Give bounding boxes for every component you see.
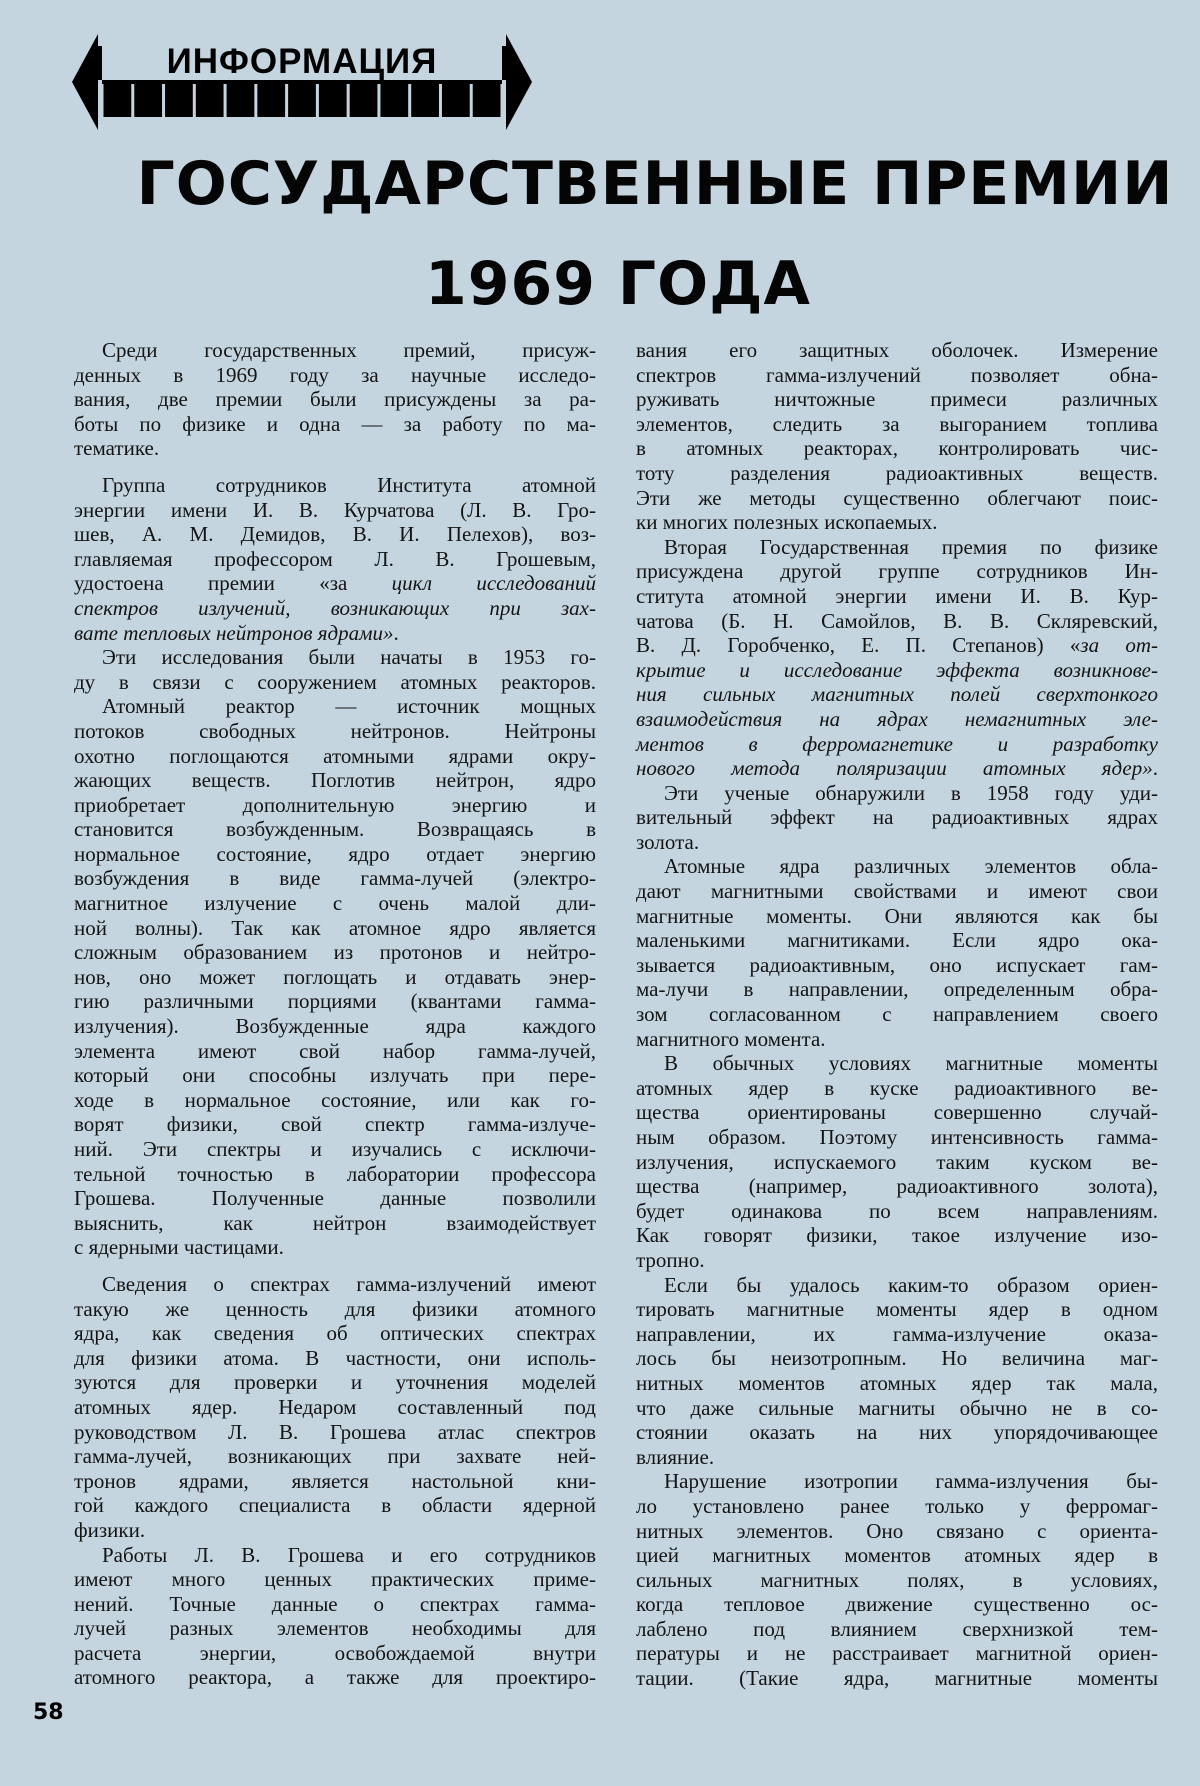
text-line: гию различными порциями (квантами гамма- (74, 989, 596, 1014)
text-line: нитных моментов атомных ядер так мала, (636, 1371, 1158, 1396)
italic-quote: за от- (1080, 633, 1158, 657)
text-line: гамма-лучей, возникающих при захвате ней… (74, 1444, 596, 1469)
text-line: крытие и исследование эффекта возникнове… (636, 658, 1158, 683)
article-column-right: вания его защитных оболочек. Измерениесп… (636, 338, 1158, 1691)
italic-quote: нового метода поляризации атомных ядер» (636, 756, 1153, 780)
text-line: спектров излучений, возникающих при зах- (74, 596, 596, 621)
text-line: сложным образованием из протонов и нейтр… (74, 940, 596, 965)
text-line: такую же ценность для физики атомного (74, 1297, 596, 1322)
text-line: нитных элементов. Оно связано с ориента- (636, 1519, 1158, 1544)
text-line: В обычных условиях магнитные моменты (636, 1051, 1158, 1076)
text-line: ний. Эти спектры и изучались с исключи- (74, 1137, 596, 1162)
text-line: зуются для проверки и уточнения моделей (74, 1370, 596, 1395)
text-line: Группа сотрудников Института атомной (74, 473, 596, 498)
paragraph-gap (74, 1260, 596, 1272)
paragraph: Вторая Государственная премия по физикеп… (636, 535, 1158, 781)
paragraph-gap (74, 461, 596, 473)
text-line: Атомный реактор — источник мощных (74, 694, 596, 719)
text-line: приобретает дополнительную энергию и (74, 793, 596, 818)
text-line: тоту разделения радиоактивных веществ. (636, 461, 1158, 486)
text-line: Нарушение изотропии гамма-излучения бы- (636, 1469, 1158, 1494)
text-line: когда тепловое движение существенно ос- (636, 1592, 1158, 1617)
paragraph: Эти ученые обнаружили в 1958 году уди-ви… (636, 781, 1158, 855)
text-line: Сведения о спектрах гамма-излучений имею… (74, 1272, 596, 1297)
text-line: тронов ядрами, является настольной кни- (74, 1469, 596, 1494)
text-line: ядра, как сведения об оптических спектра… (74, 1321, 596, 1346)
text-line: имеют много ценных практических приме- (74, 1567, 596, 1592)
text-line: удостоена премии «за цикл исследований (74, 571, 596, 596)
text-line: В. Д. Горобченко, Е. П. Степанов) «за от… (636, 633, 1158, 658)
text-line: цией магнитных моментов атомных ядер в (636, 1543, 1158, 1568)
text-line: взаимодействия на ядрах немагнитных эле- (636, 707, 1158, 732)
article-column-left: Среди государственных премий, присуж-ден… (74, 338, 596, 1690)
text-line: возбуждения в виде гамма-лучей (электро- (74, 866, 596, 891)
page-title-line-1: ГОСУДАРСТВЕННЫЕ ПРЕМИИ (55, 148, 1200, 220)
section-label: ИНФОРМАЦИЯ (124, 44, 480, 80)
text-line: лаблено под влиянием сверхнизкой тем- (636, 1617, 1158, 1642)
italic-quote: взаимодействия на ядрах немагнитных эле- (636, 707, 1158, 731)
text-line: тематике. (74, 436, 596, 461)
text-line: щества ориентированы совершенно случай- (636, 1100, 1158, 1125)
paragraph: Работы Л. В. Грошева и его сотрудниковим… (74, 1543, 596, 1691)
text-line: присуждена другой группе сотрудников Ин- (636, 559, 1158, 584)
italic-quote: вате тепловых нейтронов ядрами» (74, 621, 394, 645)
text-line: нов, оно может поглощать и отдавать энер… (74, 965, 596, 990)
text-line: атомных ядер в куске радиоактивного ве- (636, 1076, 1158, 1101)
text-line: энергии имени И. В. Курчатова (Л. В. Гро… (74, 498, 596, 523)
text-line: маленькими магнитиками. Если ядро ока- (636, 928, 1158, 953)
text-line: тропно. (636, 1248, 1158, 1273)
text-line: который они способны излучать при пере- (74, 1063, 596, 1088)
text-line: гой каждого специалиста в области ядерно… (74, 1493, 596, 1518)
text-line: выяснить, как нейтрон взаимодействует (74, 1211, 596, 1236)
text-line: стоянии оказать на них упорядочивающее (636, 1420, 1158, 1445)
text-line: жающих веществ. Поглотив нейтрон, ядро (74, 768, 596, 793)
text-line: физики. (74, 1518, 596, 1543)
text-line: Эти ученые обнаружили в 1958 году уди- (636, 781, 1158, 806)
text-line: Эти же методы существенно облегчают поис… (636, 486, 1158, 511)
text-line: излучения, испускаемого таким куском ве- (636, 1150, 1158, 1175)
page-title-line-2: 1969 ГОДА (18, 248, 1200, 320)
text-line: для физики атома. В частности, они испол… (74, 1346, 596, 1371)
text-line: в атомных реакторах, контролировать чис- (636, 436, 1158, 461)
section-banner: ИНФОРМАЦИЯ (72, 34, 532, 136)
text-line: становится возбужденным. Возвращаясь в (74, 817, 596, 842)
text-line: охотно поглощаются атомными ядрами окру- (74, 744, 596, 769)
text-line: зом согласованном с направлением своего (636, 1002, 1158, 1027)
italic-quote: спектров излучений, возникающих при зах- (74, 596, 596, 620)
text-line: магнитного момента. (636, 1027, 1158, 1052)
text-line: что даже сильные магниты обычно не в со- (636, 1396, 1158, 1421)
text-line: шев, А. М. Демидов, В. И. Пелехов), воз- (74, 522, 596, 547)
text-line: ментов в ферромагнетике и разработку (636, 732, 1158, 757)
text-line: лучей разных элементов необходимы для (74, 1616, 596, 1641)
text-line: руживать ничтожные примеси различных (636, 387, 1158, 412)
text-line: Как говорят физики, такое излучение изо- (636, 1223, 1158, 1248)
page-number: 58 (33, 1700, 64, 1725)
text-line: будет одинакова по всем направлениям. (636, 1199, 1158, 1224)
text-line: боты по физике и одна — за работу по ма- (74, 412, 596, 437)
text-line: Эти исследования были начаты в 1953 го- (74, 645, 596, 670)
italic-quote: ментов в ферромагнетике и разработку (636, 732, 1158, 756)
text-line: нормальное состояние, ядро отдает энерги… (74, 842, 596, 867)
text-line: ной волны). Так как атомное ядро являетс… (74, 916, 596, 941)
text-line: Грошева. Полученные данные позволили (74, 1186, 596, 1211)
text-line: элемента имеют свой набор гамма-лучей, (74, 1039, 596, 1064)
text-line: ворят физики, свой спектр гамма-излуче- (74, 1112, 596, 1137)
text-line: нений. Точные данные о спектрах гамма- (74, 1592, 596, 1617)
paragraph: Среди государственных премий, присуж-ден… (74, 338, 596, 461)
text-line: вания, две премии были присуждены за ра- (74, 387, 596, 412)
text-line: ду в связи с сооружением атомных реактор… (74, 670, 596, 695)
italic-quote: ния сильных магнитных полей сверхтонкого (636, 682, 1158, 706)
text-line: руководством Л. В. Грошева атлас спектро… (74, 1420, 596, 1445)
text-line: ния сильных магнитных полей сверхтонкого (636, 682, 1158, 707)
text-line: золота. (636, 830, 1158, 855)
text-line: спектров гамма-излучений позволяет обна- (636, 363, 1158, 388)
italic-quote: крытие и исследование эффекта возникнове… (636, 658, 1158, 682)
text-line: пературы и не расстраивает магнитной ори… (636, 1641, 1158, 1666)
text-line: тировать магнитные моменты ядер в одном (636, 1297, 1158, 1322)
text-line: влияние. (636, 1445, 1158, 1470)
text-line: Вторая Государственная премия по физике (636, 535, 1158, 560)
text-line: зывается радиоактивным, оно испускает га… (636, 953, 1158, 978)
text-line: атомного реактора, а также для проектиро… (74, 1665, 596, 1690)
text-line: сильных магнитных полях, в условиях, (636, 1568, 1158, 1593)
paragraph: Атомный реактор — источник мощныхпотоков… (74, 694, 596, 1260)
text-line: ходе в нормальное состояние, или как го- (74, 1088, 596, 1113)
paragraph: Группа сотрудников Института атомнойэнер… (74, 473, 596, 645)
paragraph: Если бы удалось каким-то образом ориен-т… (636, 1273, 1158, 1470)
text-line: ным образом. Поэтому интенсивность гамма… (636, 1125, 1158, 1150)
paragraph: Эти исследования были начаты в 1953 го-д… (74, 645, 596, 694)
text-line: лось бы неизотропным. Но величина маг- (636, 1346, 1158, 1371)
text-line: чатова (Б. Н. Самойлов, В. В. Скляревски… (636, 609, 1158, 634)
text-line: с ядерными частицами. (74, 1235, 596, 1260)
text-line: нового метода поляризации атомных ядер». (636, 756, 1158, 781)
text-line: ма-лучи в направлении, определенным обра… (636, 977, 1158, 1002)
text-line: вания его защитных оболочек. Измерение (636, 338, 1158, 363)
text-line: Атомные ядра различных элементов обла- (636, 854, 1158, 879)
text-line: дают магнитными свойствами и имеют свои (636, 879, 1158, 904)
paragraph: вания его защитных оболочек. Измерениесп… (636, 338, 1158, 535)
text-line: щества (например, радиоактивного золота)… (636, 1174, 1158, 1199)
text-line: ло установлено ранее только у ферромаг- (636, 1494, 1158, 1519)
text-line: направлении, их гамма-излучение оказа- (636, 1322, 1158, 1347)
text-line: Работы Л. В. Грошева и его сотрудников (74, 1543, 596, 1568)
text-line: магнитные моменты. Они являются как бы (636, 904, 1158, 929)
text-line: ки многих полезных ископаемых. (636, 510, 1158, 535)
text-line: атомных ядер. Недаром составленный под (74, 1395, 596, 1420)
text-line: тации. (Такие ядра, магнитные моменты (636, 1666, 1158, 1691)
paragraph: Сведения о спектрах гамма-излучений имею… (74, 1272, 596, 1543)
text-line: тельной точностью в лаборатории профессо… (74, 1162, 596, 1187)
italic-quote: цикл исследований (392, 571, 596, 595)
text-line: излучения). Возбужденные ядра каждого (74, 1014, 596, 1039)
text-line: вате тепловых нейтронов ядрами». (74, 621, 596, 646)
text-line: ститута атомной энергии имени И. В. Кур- (636, 584, 1158, 609)
paragraph: Атомные ядра различных элементов обла-да… (636, 854, 1158, 1051)
paragraph: Нарушение изотропии гамма-излучения бы-л… (636, 1469, 1158, 1690)
text-line: Среди государственных премий, присуж- (74, 338, 596, 363)
paragraph: В обычных условиях магнитные моментыатом… (636, 1051, 1158, 1272)
text-line: расчета энергии, освобождаемой внутри (74, 1641, 596, 1666)
text-line: элементов, следить за выгоранием топлива (636, 412, 1158, 437)
text-line: денных в 1969 году за научные исследо- (74, 363, 596, 388)
text-line: потоков свободных нейтронов. Нейтроны (74, 719, 596, 744)
text-line: главляемая профессором Л. В. Грошевым, (74, 547, 596, 572)
text-line: магнитное излучение с очень малой дли- (74, 891, 596, 916)
text-line: Если бы удалось каким-то образом ориен- (636, 1273, 1158, 1298)
text-line: вительный эффект на радиоактивных ядрах (636, 805, 1158, 830)
